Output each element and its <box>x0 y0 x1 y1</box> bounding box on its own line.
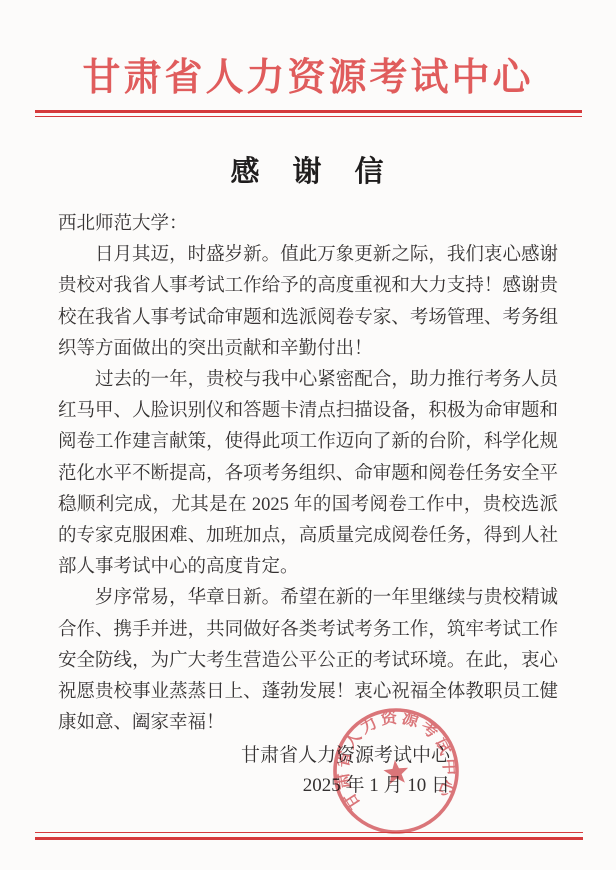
paragraph: 日月其迈，时盛岁新。值此万象更新之际，我们衷心感谢贵校对我省人事考试工作给予的高… <box>58 240 558 365</box>
letter-page: 甘肃省人力资源考试中心 感 谢 信 西北师范大学： 日月其迈，时盛岁新。值此万象… <box>0 0 616 870</box>
salutation: 西北师范大学： <box>58 209 558 240</box>
signature-block: 甘肃省人力资源考试中心 2025 年 1 月 10 日 <box>0 741 616 801</box>
letter-body: 西北师范大学： 日月其迈，时盛岁新。值此万象更新之际，我们衷心感谢贵校对我省人事… <box>58 209 558 739</box>
paragraph: 过去的一年，贵校与我中心紧密配合，助力推行考务人员红马甲、人脸识别仪和答题卡清点… <box>58 365 558 583</box>
paragraph: 岁序常易，华章日新。希望在新的一年里继续与贵校精诚合作、携手并进，共同做好各类考… <box>58 583 558 739</box>
letter-title: 感 谢 信 <box>0 155 616 189</box>
footer-divider <box>35 832 583 840</box>
letterhead-title: 甘肃省人力资源考试中心 <box>0 0 616 102</box>
signature-name: 甘肃省人力资源考试中心 <box>0 741 450 771</box>
letterhead-divider <box>35 110 582 117</box>
signature-date: 2025 年 1 月 10 日 <box>0 771 450 801</box>
